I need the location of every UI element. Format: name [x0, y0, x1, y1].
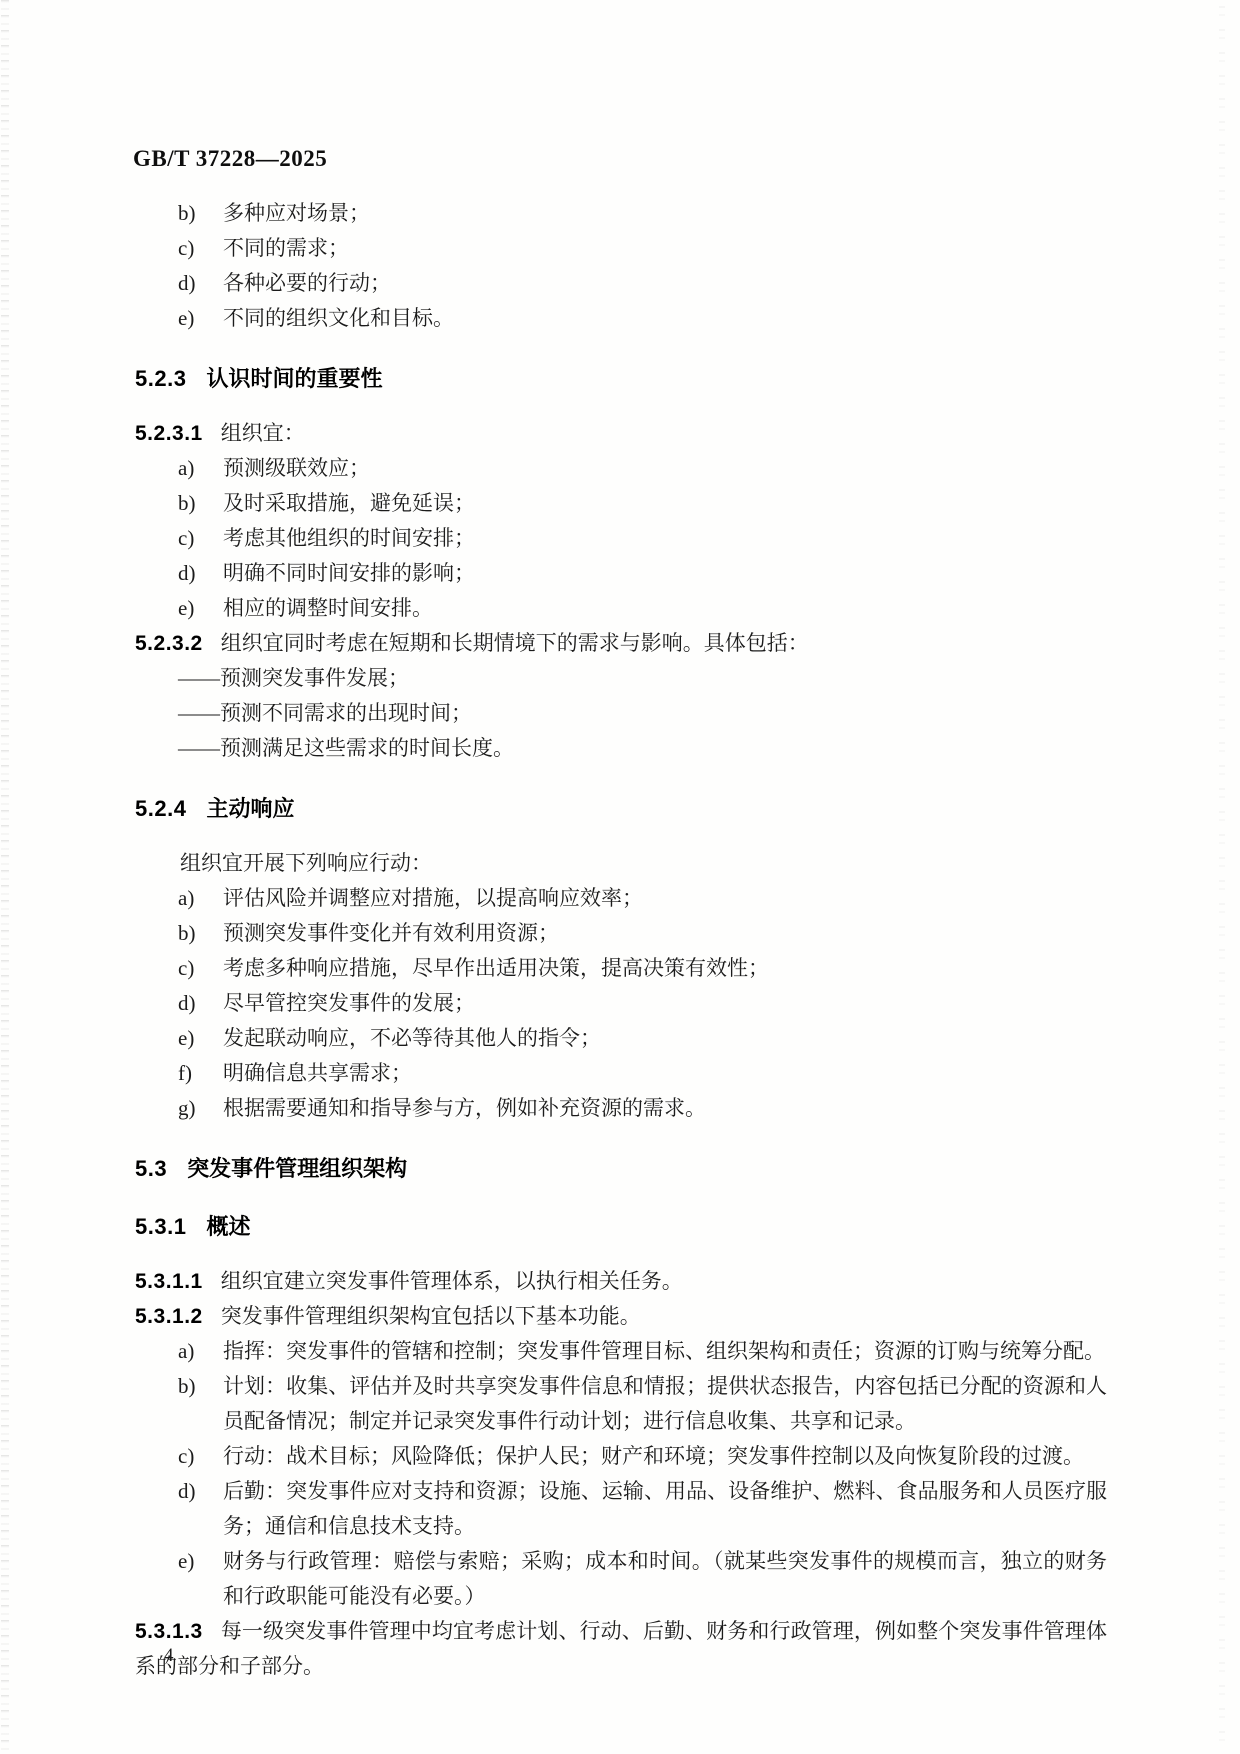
list-item-text: 根据需要通知和指导参与方，例如补充资源的需求。: [223, 1091, 1107, 1126]
letter-list: b)多种应对场景；c)不同的需求；d)各种必要的行动；e)不同的组织文化和目标。: [135, 196, 1107, 336]
list-item-text: 多种应对场景；: [223, 196, 1107, 231]
list-marker: a): [178, 451, 223, 486]
scan-noise-left: [1, 0, 9, 1754]
list-item: c)考虑多种响应措施，尽早作出适用决策，提高决策有效性；: [135, 951, 1107, 986]
list-item: b)预测突发事件变化并有效利用资源；: [135, 916, 1107, 951]
list-item-text: 明确不同时间安排的影响；: [223, 556, 1107, 591]
clause-paragraph: 5.3.1.2突发事件管理组织架构宜包括以下基本功能。: [135, 1299, 1107, 1334]
list-item: d)尽早管控突发事件的发展；: [135, 986, 1107, 1021]
list-item: a)指挥：突发事件的管辖和控制；突发事件管理目标、组织架构和责任；资源的订购与统…: [135, 1334, 1107, 1369]
clause-paragraph: 5.2.3.1组织宜：: [135, 416, 1107, 451]
list-item-text: 指挥：突发事件的管辖和控制；突发事件管理目标、组织架构和责任；资源的订购与统筹分…: [223, 1334, 1107, 1369]
heading-title: 认识时间的重要性: [206, 366, 382, 391]
list-item-text: 评估风险并调整应对措施，以提高响应效率；: [223, 881, 1107, 916]
list-marker: f): [178, 1056, 223, 1091]
list-marker: a): [178, 881, 223, 916]
dash-list: ——预测突发事件发展；——预测不同需求的出现时间；——预测满足这些需求的时间长度…: [135, 661, 1107, 766]
heading-number: 5.2.3: [135, 366, 186, 391]
list-marker: e): [178, 1021, 223, 1056]
document-page: GB/T 37228—2025 b)多种应对场景；c)不同的需求；d)各种必要的…: [0, 0, 1240, 1754]
list-item-text: 不同的需求；: [223, 231, 1107, 266]
list-marker: e): [178, 301, 223, 336]
list-item: c)考虑其他组织的时间安排；: [135, 521, 1107, 556]
list-marker: c): [178, 951, 223, 986]
list-item-text: 行动：战术目标；风险降低；保护人民；财产和环境；突发事件控制以及向恢复阶段的过渡…: [223, 1439, 1107, 1474]
list-item: e)发起联动响应，不必等待其他人的指令；: [135, 1021, 1107, 1056]
scan-noise-right: [1219, 0, 1225, 1754]
list-item-text: 预测突发事件变化并有效利用资源；: [223, 916, 1107, 951]
list-marker: b): [178, 1369, 223, 1439]
clause-text: 每一级突发事件管理中均宜考虑计划、行动、后勤、财务和行政管理，例如整个突发事件管…: [135, 1619, 1107, 1678]
list-item-text: 各种必要的行动；: [223, 266, 1107, 301]
list-item-text: 及时采取措施，避免延误；: [223, 486, 1107, 521]
page-number: 4: [164, 1645, 174, 1667]
clause-text: 组织宜建立突发事件管理体系，以执行相关任务。: [221, 1269, 683, 1293]
list-item-text: 尽早管控突发事件的发展；: [223, 986, 1107, 1021]
list-marker: a): [178, 1334, 223, 1369]
list-marker: c): [178, 1439, 223, 1474]
doc-code: GB/T 37228—2025: [133, 146, 327, 172]
heading-number: 5.2.4: [135, 796, 186, 821]
list-item: d)后勤：突发事件应对支持和资源；设施、运输、用品、设备维护、燃料、食品服务和人…: [135, 1474, 1107, 1544]
list-marker: c): [178, 521, 223, 556]
clause-text: 组织宜同时考虑在短期和长期情境下的需求与影响。具体包括：: [221, 631, 809, 655]
list-marker: d): [178, 1474, 223, 1544]
list-item: e)相应的调整时间安排。: [135, 591, 1107, 626]
clause-number: 5.3.1.1: [135, 1270, 203, 1293]
list-item-text: 财务与行政管理：赔偿与索赔；采购；成本和时间。（就某些突发事件的规模而言，独立的…: [223, 1544, 1107, 1614]
list-item: b)及时采取措施，避免延误；: [135, 486, 1107, 521]
list-marker: b): [178, 196, 223, 231]
letter-list: a)评估风险并调整应对措施，以提高响应效率；b)预测突发事件变化并有效利用资源；…: [135, 881, 1107, 1126]
list-item: g)根据需要通知和指导参与方，例如补充资源的需求。: [135, 1091, 1107, 1126]
list-item: e)不同的组织文化和目标。: [135, 301, 1107, 336]
list-marker: d): [178, 266, 223, 301]
list-item-text: 相应的调整时间安排。: [223, 591, 1107, 626]
heading-title: 概述: [206, 1214, 250, 1239]
heading-number: 5.3.1: [135, 1214, 186, 1239]
list-item: c)行动：战术目标；风险降低；保护人民；财产和环境；突发事件控制以及向恢复阶段的…: [135, 1439, 1107, 1474]
list-item: a)预测级联效应；: [135, 451, 1107, 486]
list-item: b)多种应对场景；: [135, 196, 1107, 231]
list-marker: b): [178, 916, 223, 951]
clause-number: 5.3.1.2: [135, 1305, 203, 1328]
list-item-text: 后勤：突发事件应对支持和资源；设施、运输、用品、设备维护、燃料、食品服务和人员医…: [223, 1474, 1107, 1544]
list-marker: d): [178, 986, 223, 1021]
list-item-text: 预测级联效应；: [223, 451, 1107, 486]
clause-paragraph: 5.2.3.2组织宜同时考虑在短期和长期情境下的需求与影响。具体包括：: [135, 626, 1107, 661]
clause-paragraph: 5.3.1.3每一级突发事件管理中均宜考虑计划、行动、后勤、财务和行政管理，例如…: [135, 1614, 1107, 1684]
section-heading: 5.2.3认识时间的重要性: [135, 364, 1107, 394]
clause-number: 5.2.3.1: [135, 422, 203, 445]
list-item: d)明确不同时间安排的影响；: [135, 556, 1107, 591]
clause-paragraph: 5.3.1.1组织宜建立突发事件管理体系，以执行相关任务。: [135, 1264, 1107, 1299]
heading-title: 突发事件管理组织架构: [187, 1156, 407, 1181]
list-item-text: 考虑其他组织的时间安排；: [223, 521, 1107, 556]
list-item-text: 发起联动响应，不必等待其他人的指令；: [223, 1021, 1107, 1056]
list-item-text: 明确信息共享需求；: [223, 1056, 1107, 1091]
dash-list-item: ——预测满足这些需求的时间长度。: [135, 731, 1107, 766]
clause-number: 5.3.1.3: [135, 1620, 203, 1643]
list-marker: e): [178, 591, 223, 626]
list-item-text: 不同的组织文化和目标。: [223, 301, 1107, 336]
clause-text: 突发事件管理组织架构宜包括以下基本功能。: [221, 1304, 641, 1328]
clause-number: 5.2.3.2: [135, 632, 203, 655]
list-item: b)计划：收集、评估并及时共享突发事件信息和情报；提供状态报告，内容包括已分配的…: [135, 1369, 1107, 1439]
section-heading: 5.2.4主动响应: [135, 794, 1107, 824]
list-item-text: 计划：收集、评估并及时共享突发事件信息和情报；提供状态报告，内容包括已分配的资源…: [223, 1369, 1107, 1439]
list-item: c)不同的需求；: [135, 231, 1107, 266]
list-marker: g): [178, 1091, 223, 1126]
list-item-text: 考虑多种响应措施，尽早作出适用决策，提高决策有效性；: [223, 951, 1107, 986]
section-heading: 5.3突发事件管理组织架构: [135, 1154, 1107, 1184]
section-heading: 5.3.1概述: [135, 1212, 1107, 1242]
letter-list: a)预测级联效应；b)及时采取措施，避免延误；c)考虑其他组织的时间安排；d)明…: [135, 451, 1107, 626]
list-item: f)明确信息共享需求；: [135, 1056, 1107, 1091]
dash-list-item: ——预测不同需求的出现时间；: [135, 696, 1107, 731]
heading-title: 主动响应: [206, 796, 294, 821]
paragraph: 组织宜开展下列响应行动：: [135, 846, 1107, 881]
list-marker: d): [178, 556, 223, 591]
list-item: a)评估风险并调整应对措施，以提高响应效率；: [135, 881, 1107, 916]
letter-list: a)指挥：突发事件的管辖和控制；突发事件管理目标、组织架构和责任；资源的订购与统…: [135, 1334, 1107, 1614]
page-content: b)多种应对场景；c)不同的需求；d)各种必要的行动；e)不同的组织文化和目标。…: [135, 196, 1107, 1684]
dash-list-item: ——预测突发事件发展；: [135, 661, 1107, 696]
list-marker: c): [178, 231, 223, 266]
list-marker: e): [178, 1544, 223, 1614]
list-marker: b): [178, 486, 223, 521]
heading-number: 5.3: [135, 1156, 167, 1181]
list-item: d)各种必要的行动；: [135, 266, 1107, 301]
clause-text: 组织宜：: [221, 421, 305, 445]
list-item: e)财务与行政管理：赔偿与索赔；采购；成本和时间。（就某些突发事件的规模而言，独…: [135, 1544, 1107, 1614]
